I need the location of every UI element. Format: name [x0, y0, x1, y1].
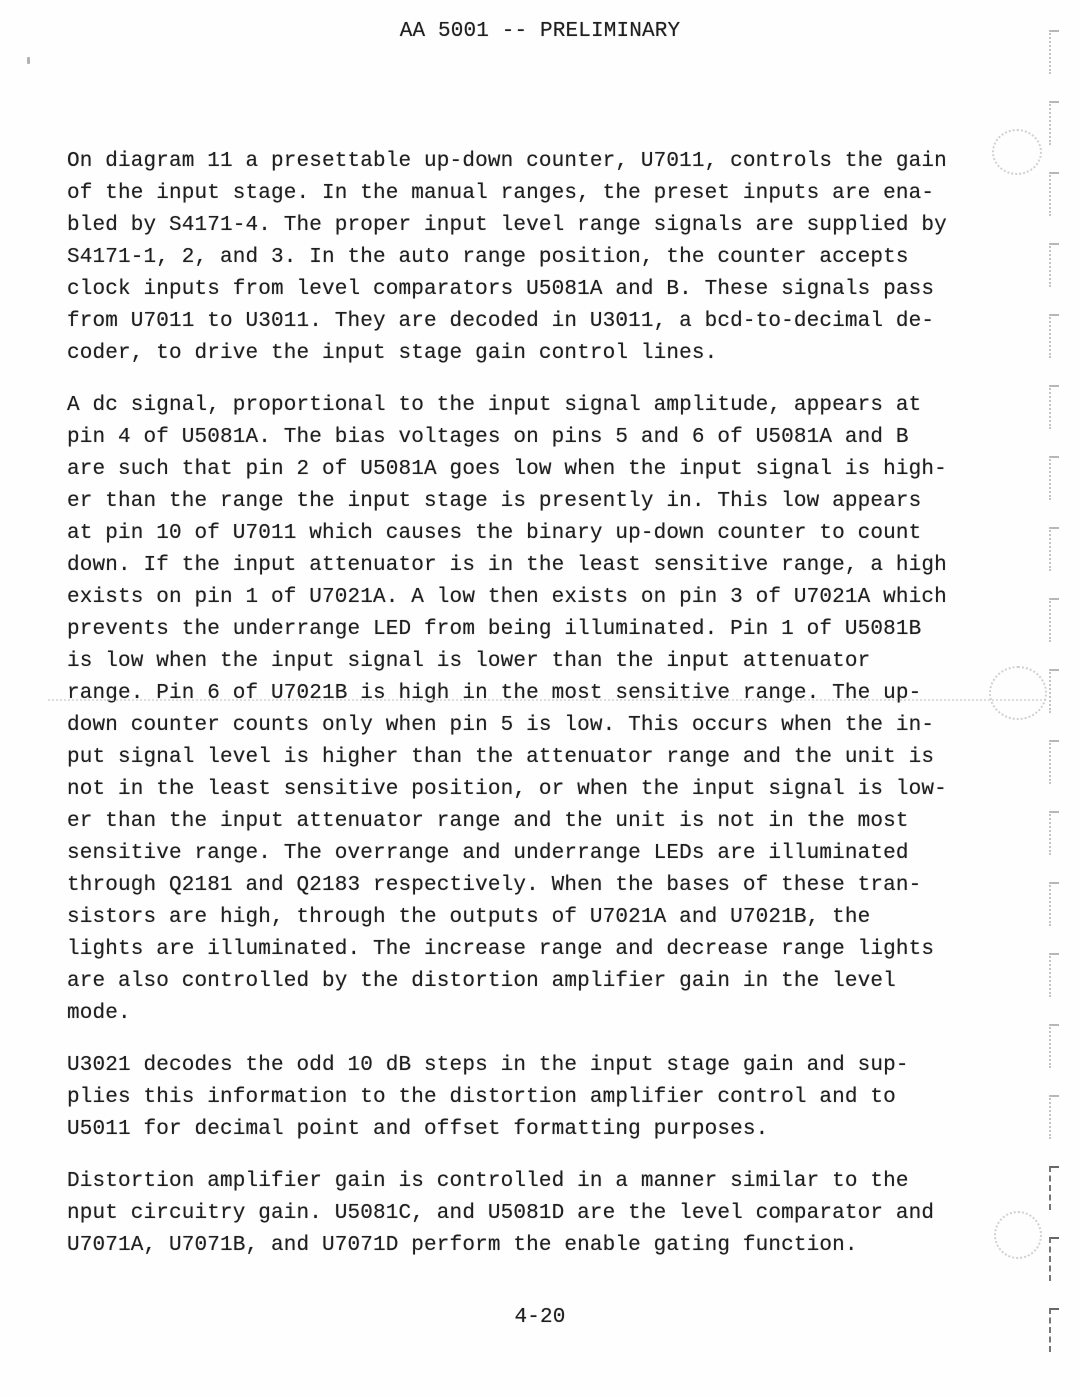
paragraph-dc-signal: A dc signal, proportional to the input s…: [67, 390, 997, 1030]
scan-artifact-comb-segment: [1049, 101, 1059, 145]
scan-artifact-comb-segment: [1049, 1308, 1059, 1352]
scan-artifact-comb-segment: [1049, 598, 1059, 642]
page-number: 4-20: [0, 1306, 1080, 1329]
scan-artifact-comb-segment: [1049, 669, 1059, 713]
scan-artifact-comb-segment: [1049, 1237, 1059, 1281]
scan-artifact-comb-segment: [1049, 1095, 1059, 1139]
scan-artifact-dotted-line: [48, 699, 1046, 701]
paragraph-u3021-decodes: U3021 decodes the odd 10 dB steps in the…: [67, 1050, 997, 1146]
scan-artifact-comb-segment: [1049, 527, 1059, 571]
scanned-manual-page: AA 5001 -- PRELIMINARY On diagram 11 a p…: [0, 0, 1080, 1397]
scan-artifact-circle-top: [992, 129, 1042, 175]
paragraph-gain-counter: On diagram 11 a presettable up-down coun…: [67, 146, 997, 370]
scan-artifact-comb-segment: [1049, 385, 1059, 429]
scan-artifact-comb-segment: [1049, 811, 1059, 855]
scan-artifact-comb-segment: [1049, 30, 1059, 74]
scan-artifact-comb-segment: [1049, 1024, 1059, 1068]
scan-artifact-comb-segment: [1049, 243, 1059, 287]
scan-artifact-comb-segment: [1049, 953, 1059, 997]
scan-artifact-circle-bottom: [994, 1211, 1042, 1259]
scan-artifact-comb-segment: [1049, 456, 1059, 500]
scan-artifact-comb-segment: [1049, 172, 1059, 216]
scan-artifact-comb-segment: [1049, 1166, 1059, 1210]
paragraph-distortion-gain: Distortion amplifier gain is controlled …: [67, 1166, 997, 1262]
page-header: AA 5001 -- PRELIMINARY: [0, 20, 1080, 43]
scan-artifact-circle-middle: [989, 666, 1047, 720]
scan-artifact-speck: [27, 57, 30, 64]
scan-artifact-comb-segment: [1049, 740, 1059, 784]
scan-artifact-comb-segment: [1049, 314, 1059, 358]
document-body: On diagram 11 a presettable up-down coun…: [67, 146, 997, 1282]
scan-artifact-comb-segment: [1049, 882, 1059, 926]
